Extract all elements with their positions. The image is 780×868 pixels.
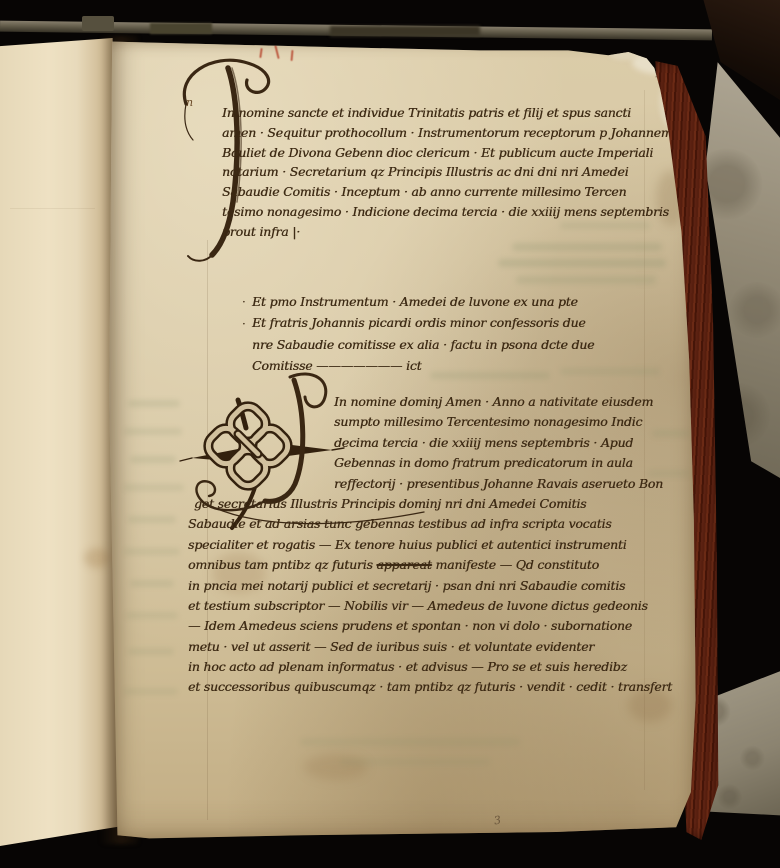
manuscript-line: reffectorij · presentibus Johanne Ravais… bbox=[188, 474, 672, 494]
struck-word: appareat bbox=[376, 557, 431, 572]
paraph-dot: · bbox=[242, 295, 246, 309]
showthrough-mark bbox=[340, 758, 490, 766]
showthrough-mark bbox=[516, 276, 656, 284]
binding-fragment bbox=[82, 16, 114, 31]
showthrough-mark bbox=[128, 516, 176, 523]
showthrough-mark bbox=[512, 243, 662, 251]
showthrough-mark bbox=[130, 456, 176, 463]
showthrough-mark bbox=[498, 259, 666, 267]
manuscript-line: et successoribus quibuscumqz · tam pntib… bbox=[188, 677, 672, 697]
manuscript-line: Et pmo Instrumentum · Amedei de luvone e… bbox=[252, 291, 594, 312]
manuscript-line-segment: omnibus tam pntibz qz futuris bbox=[188, 557, 373, 572]
manuscript-line-segment: manifeste — Qd constituto bbox=[435, 557, 599, 572]
showthrough-mark bbox=[126, 612, 178, 619]
quire-mark: 3 bbox=[493, 813, 502, 827]
manuscript-line: Bouliet de Divona Gebenn dioc clericum ·… bbox=[222, 143, 672, 163]
manuscript-line: in hoc acto ad plenam informatus · et ad… bbox=[188, 657, 672, 677]
manuscript-line: Sabaudie et ad arsias tunc gebennas test… bbox=[188, 514, 672, 534]
manuscript-line: get secretarius Illustris Principis domi… bbox=[188, 494, 672, 514]
manuscript-line: Et fratris Johannis picardi ordis minor … bbox=[252, 312, 594, 333]
manuscript-line: omnibus tam pntibz qz futuris appareat m… bbox=[188, 555, 672, 575]
binding-fragment bbox=[150, 23, 212, 34]
cover-texture bbox=[704, 58, 780, 478]
manuscript-line: tesimo nonagesimo · Indicione decima ter… bbox=[222, 202, 672, 222]
opening-rubric: In nomine sancte et individue Trinitatis… bbox=[222, 103, 672, 242]
cover-edge-top bbox=[704, 58, 780, 478]
manuscript-photo: 1 n In nomine sancte et individue Trinit… bbox=[0, 0, 780, 868]
board-shadow bbox=[695, 0, 780, 100]
act-paragraph: In nomine dominj Amen · Anno a nativitat… bbox=[188, 392, 672, 698]
manuscript-line: In nomine dominj Amen · Anno a nativitat… bbox=[188, 392, 672, 412]
manuscript-line: prout infra |· bbox=[222, 222, 672, 242]
manuscript-line: nre Sabaudie comitisse ex alia · factu i… bbox=[252, 334, 594, 355]
manuscript-line: sumpto millesimo Tercentesimo nonagesimo… bbox=[188, 412, 672, 432]
showthrough-mark bbox=[130, 580, 174, 587]
manuscript-line: notarium · Secretarium qz Principis Illu… bbox=[222, 162, 672, 182]
manuscript-line: — Idem Amedeus sciens prudens et spontan… bbox=[188, 616, 672, 636]
manuscript-line: specialiter et rogatis — Ex tenore huius… bbox=[188, 535, 672, 555]
manuscript-line: et testium subscriptor — Nobilis vir — A… bbox=[188, 596, 672, 616]
showthrough-mark bbox=[124, 688, 178, 695]
manuscript-line: Sabaudie Comitis · Inceptum · ab anno cu… bbox=[222, 182, 672, 202]
manuscript-line: in pncia mei notarij publici et secretar… bbox=[188, 576, 672, 596]
binding-fragment bbox=[330, 26, 480, 36]
recto-page: 1 n In nomine sancte et individue Trinit… bbox=[108, 40, 698, 840]
showthrough-mark bbox=[300, 738, 520, 746]
crease-line bbox=[10, 208, 95, 209]
corner-wear bbox=[608, 46, 642, 60]
manuscript-line: decima tercia · die xxiiij mens septembr… bbox=[188, 433, 672, 453]
manuscript-line: In nomine sancte et individue Trinitatis… bbox=[222, 103, 672, 123]
manuscript-line: metu · vel ut asserit — Sed de iuribus s… bbox=[188, 637, 672, 657]
manuscript-line: amen · Sequitur prothocollum · Instrumen… bbox=[222, 123, 672, 143]
paraph-dot: · bbox=[242, 317, 246, 331]
showthrough-mark bbox=[128, 648, 174, 655]
manuscript-line: Gebennas in domo fratrum predicatorum in… bbox=[188, 453, 672, 473]
